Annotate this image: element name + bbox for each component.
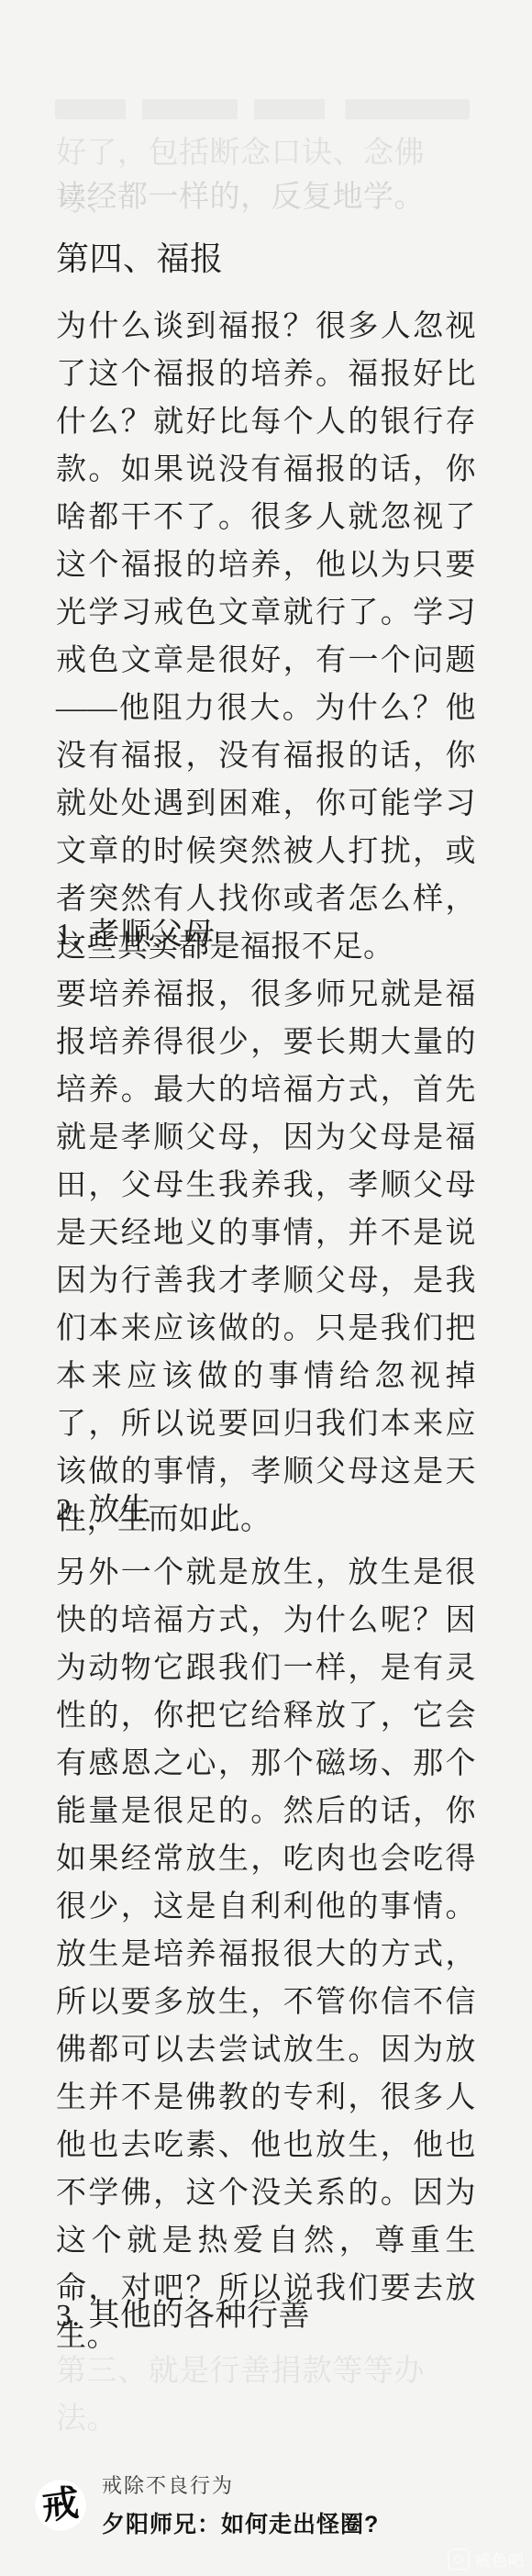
watermark-text: 戒色吧 [475, 2548, 525, 2570]
brand-logo-avatar: 戒 [35, 2480, 86, 2531]
faded-illegible-line [55, 99, 470, 119]
footer-brand-card: 戒 戒除不良行为 夕阳师兄：如何走出怪圈? [35, 2470, 493, 2539]
subsection-body-2: 另外一个就是放生，放生是很快的培福方式，为什么呢？因为动物它跟我们一样，是有灵性… [56, 1549, 476, 2360]
faded-prev-line-2: 读经都一样的，反复地学。 [56, 173, 476, 221]
footer-text-block: 戒除不良行为 夕阳师兄：如何走出怪圈? [102, 2470, 379, 2539]
episode-title: 夕阳师兄：如何走出怪圈? [102, 2506, 379, 2539]
section-heading: 第四、福报 [56, 235, 476, 283]
subsection-body-1: 要培养福报，很多师兄就是福报培养得很少，要长期大量的培养。最大的培福方式，首先就… [56, 971, 476, 1544]
subsection-heading-3-faded: 3. 其他的各种行善 [56, 2292, 476, 2340]
subsection-heading-2: 2. 放生 [56, 1487, 476, 1534]
jie-calligraphy-glyph: 戒 [41, 2484, 80, 2526]
intro-paragraph: 为什么谈到福报？很多人忽视了这个福报的培养。福报好比什么？就好比每个人的银行存款… [56, 303, 476, 971]
faded-next-line: 第三、就是行善捐款等等办法。 [56, 2347, 476, 2443]
watermark: 戒色吧 [448, 2548, 525, 2570]
channel-name: 戒除不良行为 [102, 2470, 379, 2499]
subsection-heading-1: 1. 孝顺父母 [56, 911, 476, 959]
watermark-logo-icon [448, 2548, 470, 2570]
article-reading-page: 好了，包括断念口诀、念佛号、 读经都一样的，反复地学。 第四、福报 为什么谈到福… [0, 0, 532, 2576]
